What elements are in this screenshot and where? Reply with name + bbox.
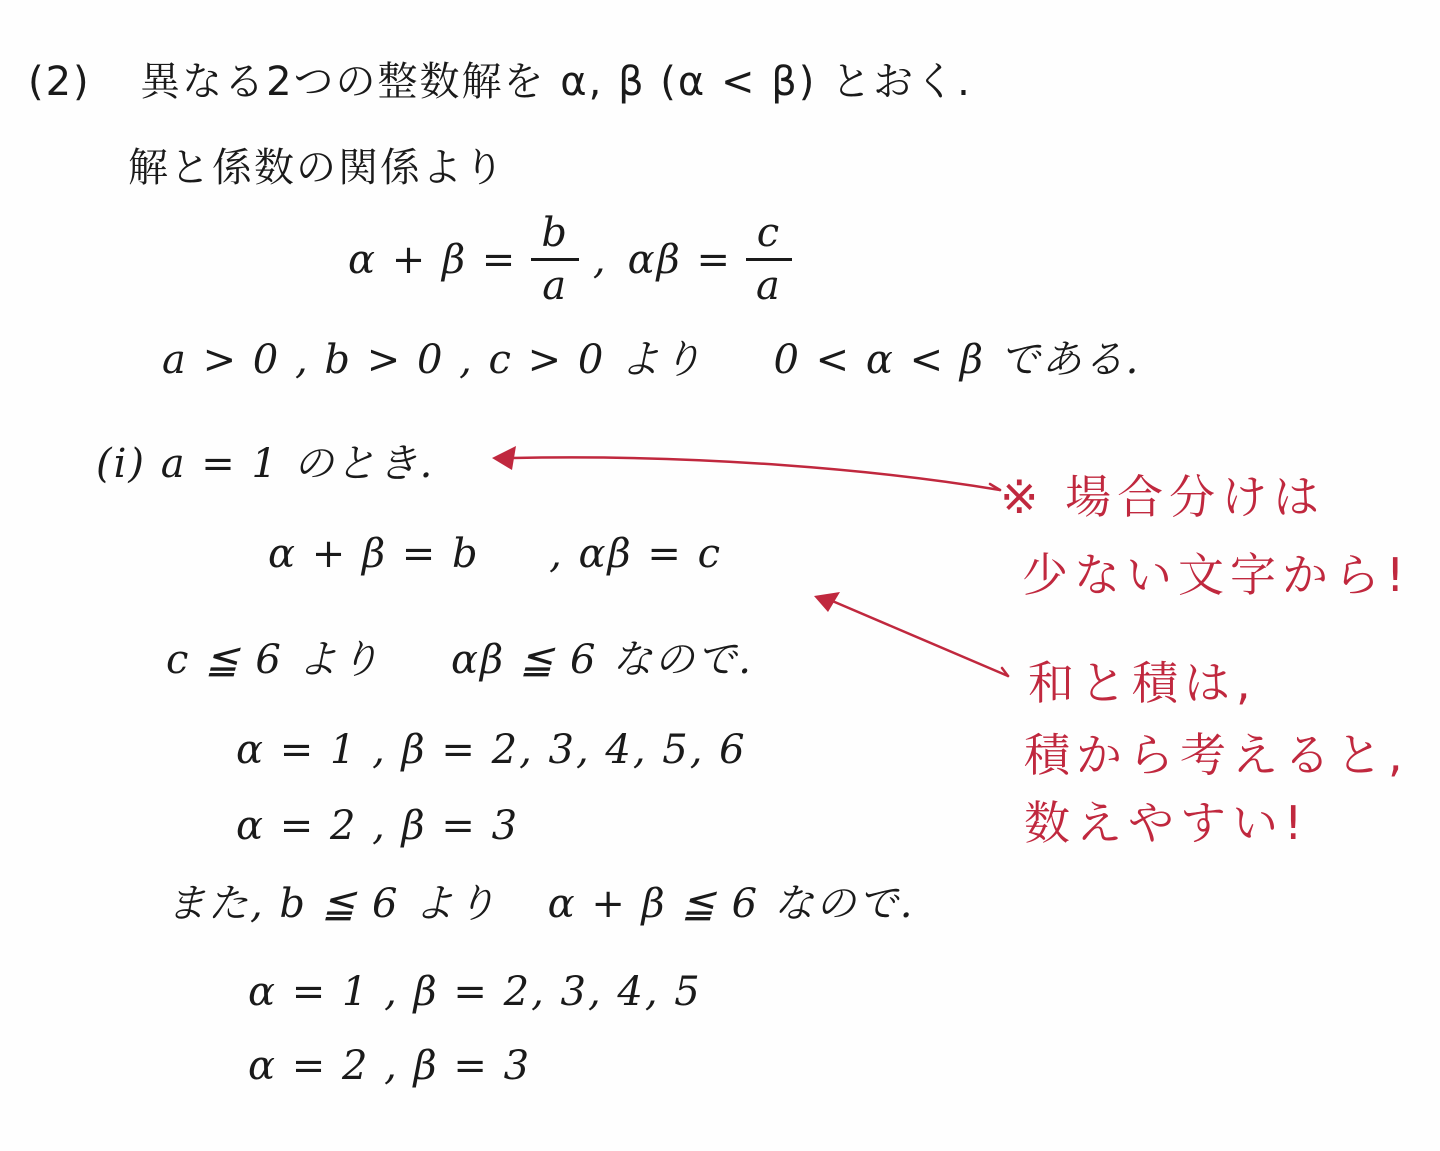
prod-numerator: c xyxy=(747,212,791,254)
positivity-conclusion: 0 < α < β である. xyxy=(773,337,1140,383)
positivity-line: a > 0 , b > 0 , c > 0 より 0 < α < β である. xyxy=(162,340,1140,380)
sum-solution-2: α = 2 , β = 3 xyxy=(248,1046,531,1086)
prod-denominator: a xyxy=(746,265,792,307)
comma: , xyxy=(593,240,608,280)
prod-lhs: αβ = xyxy=(628,240,732,280)
annotation-note-2-line-2: 積から考えると, xyxy=(1024,732,1409,778)
case-i-relations: α + β = b , αβ = c xyxy=(268,534,722,574)
sum-result: α + β ≦ 6 なので. xyxy=(548,881,915,927)
fraction-bar xyxy=(746,258,792,261)
sum-denominator: a xyxy=(532,265,578,307)
product-solution-1: α = 1 , β = 2, 3, 4, 5, 6 xyxy=(236,730,747,770)
handwritten-page: (2) 異なる2つの整数解を α, β (α < β) とおく. 解と係数の関係… xyxy=(0,0,1440,1151)
annotation-note-1-line-2: 少ない文字から! xyxy=(1022,552,1410,598)
positivity-conditions: a > 0 , b > 0 , c > 0 より xyxy=(162,337,704,383)
arrow-head-left xyxy=(492,446,516,470)
annotation-note-1-line-1: ※ 場合分けは xyxy=(1000,474,1325,520)
problem-number: (2) xyxy=(28,59,91,105)
product-solution-2: α = 2 , β = 3 xyxy=(236,806,519,846)
product-constraint: c ≦ 6 より αβ ≦ 6 なので. xyxy=(166,640,753,680)
sum-constraint: また, b ≦ 6 より α + β ≦ 6 なので. xyxy=(166,884,915,924)
sum-numerator: b xyxy=(531,212,579,254)
sum-relation: α + β = b xyxy=(268,531,480,577)
sum-given: また, b ≦ 6 より xyxy=(166,881,498,927)
case-i-heading: (i) a = 1 のとき. xyxy=(96,444,434,484)
fraction-bar xyxy=(531,258,579,261)
annotation-note-2-line-1: 和と積は, xyxy=(1028,660,1257,706)
prod-fraction: c a xyxy=(746,212,792,307)
arrow-to-case-heading xyxy=(512,457,1000,490)
annotation-note-2-line-3: 数えやすい! xyxy=(1024,800,1308,846)
vieta-formulas: α + β = b a , αβ = c a xyxy=(348,212,806,307)
sum-solution-1: α = 1 , β = 2, 3, 4, 5 xyxy=(248,972,702,1012)
prod-relation: , αβ = c xyxy=(549,531,722,577)
intro-text: 異なる2つの整数解を α, β (α < β) とおく. xyxy=(140,59,972,105)
arrow-to-relations xyxy=(830,600,1008,676)
vieta-intro: 解と係数の関係より xyxy=(128,148,506,188)
product-result: αβ ≦ 6 なので. xyxy=(451,637,753,683)
sum-lhs: α + β = xyxy=(348,240,517,280)
problem-intro: (2) 異なる2つの整数解を α, β (α < β) とおく. xyxy=(28,62,972,102)
product-given: c ≦ 6 より xyxy=(166,637,382,683)
arrow-head-left-2 xyxy=(814,592,840,612)
sum-fraction: b a xyxy=(531,212,579,307)
